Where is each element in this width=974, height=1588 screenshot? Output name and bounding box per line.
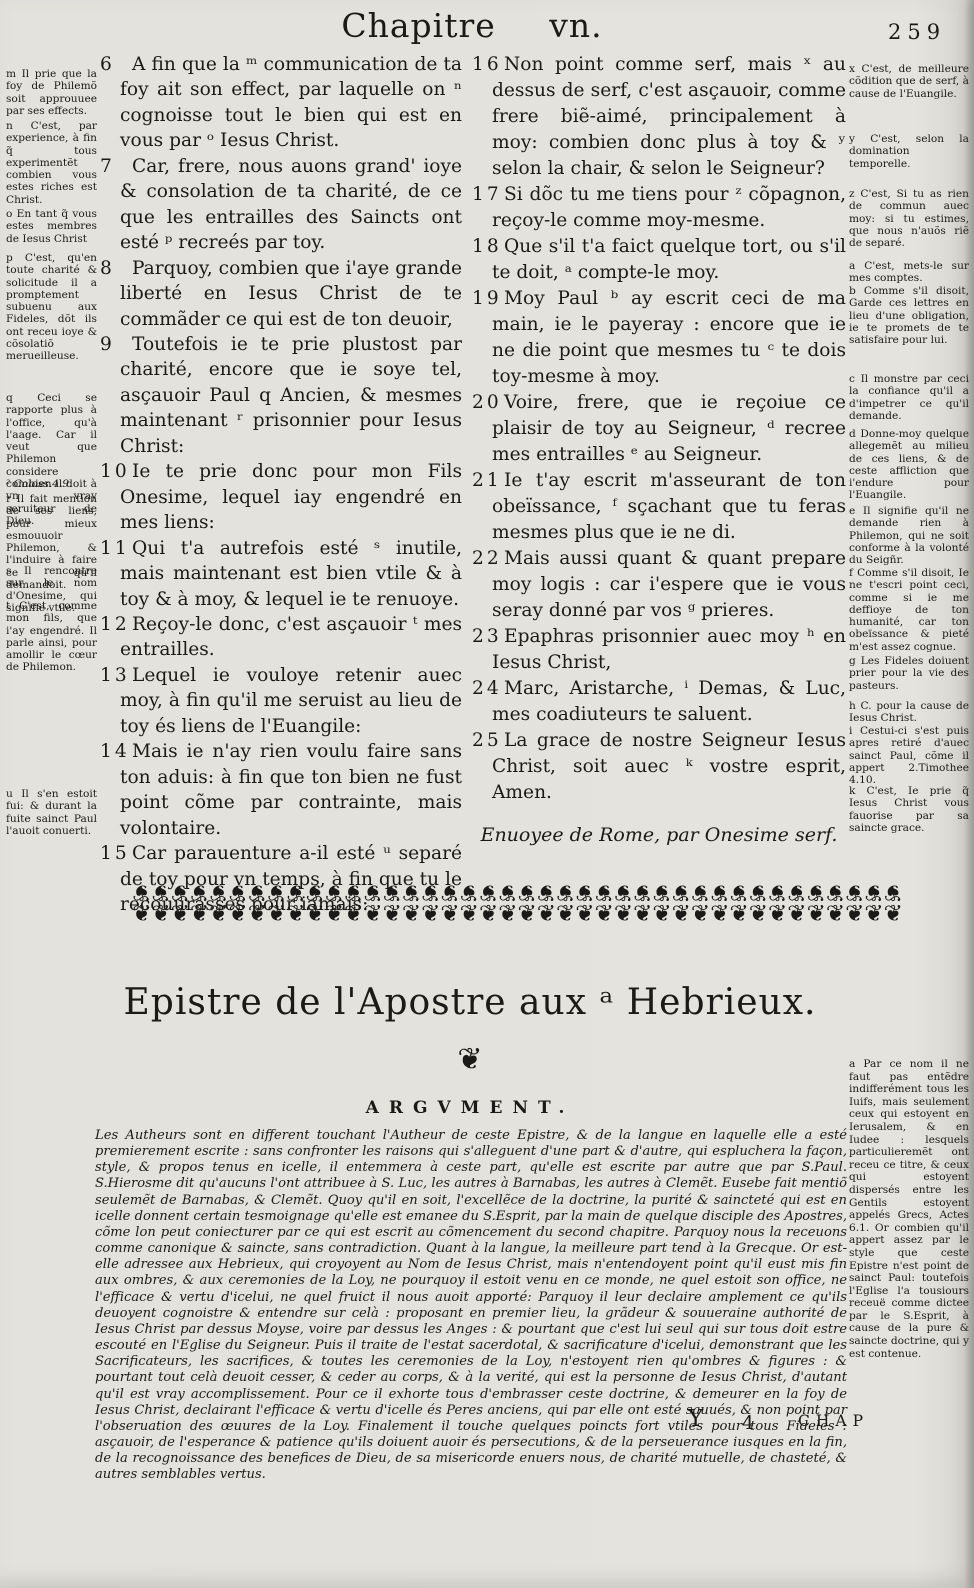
- verse-text: Voire, frere, que ie reçoiue ce plaisir …: [492, 392, 846, 465]
- verse-number: 19: [472, 286, 504, 312]
- verse-text: Si dõc tu me tiens pour ᶻ cõpagnon, reço…: [492, 184, 846, 231]
- margin-note: e Il signifie qu'il ne demande rien à Ph…: [849, 505, 969, 566]
- verse-number: 16: [472, 52, 504, 78]
- verse: 13Lequel ie vouloye retenir auec moy, à …: [100, 663, 462, 739]
- argument-heading: ARGVMENT.: [95, 1098, 845, 1118]
- verse-text: A fin que la ᵐ communication de ta foy a…: [120, 54, 462, 151]
- verse-text: Moy Paul ᵇ ay escrit ceci de ma main, ie…: [492, 288, 846, 387]
- verse: 21Ie t'ay escrit m'asseurant de ton obeï…: [472, 468, 846, 546]
- verse-text: Ie te prie donc pour mon Fils Onesime, l…: [120, 461, 462, 533]
- quire-signature-number: 4: [742, 1412, 754, 1434]
- verse: 6A fin que la ᵐ communication de ta foy …: [100, 52, 462, 154]
- verse-text: Reçoy-le donc, c'est asçauoir ᵗ mes entr…: [120, 614, 462, 660]
- left-margin-notes: m Il prie que la foy de Philemõ soit app…: [6, 60, 97, 860]
- aldine-leaf-icon: ❦: [95, 1042, 845, 1077]
- ornament-band: ❦❦❦❦❦❦❦❦❦❦❦❦❦❦❦❦❦❦❦❦❦❦❦❦❦❦❦❦❦❦❦❦❦❦❦❦❦❦❦❦…: [95, 880, 940, 930]
- margin-note: b Comme s'il disoit, Garde ces lettres e…: [849, 285, 969, 346]
- verse-number: 21: [472, 468, 504, 494]
- verse-text: La grace de nostre Seigneur Iesus Christ…: [492, 730, 846, 803]
- verse: 9Toutefois ie te prie plustost par chari…: [100, 332, 462, 459]
- verse-number: 6: [100, 52, 132, 77]
- verse-number: 14: [100, 739, 132, 764]
- scanned-book-page: Chapitre vn. 259 m Il prie que la foy de…: [0, 0, 974, 1588]
- verse-text: Marc, Aristarche, ⁱ Demas, & Luc, mes co…: [492, 678, 846, 725]
- verse: 20Voire, frere, que ie reçoiue ce plaisi…: [472, 390, 846, 468]
- verse: 22Mais aussi quant & quant prepare moy l…: [472, 546, 846, 624]
- verse-number: 20: [472, 390, 504, 416]
- verse: 19Moy Paul ᵇ ay escrit ceci de ma main, …: [472, 286, 846, 390]
- margin-note: t C'est, comme mon fils, que i'ay engend…: [6, 600, 97, 674]
- margin-note: m Il prie que la foy de Philemõ soit app…: [6, 68, 97, 117]
- epistle-colophon: Enuoyee de Rome, par Onesime serf.: [472, 822, 846, 848]
- catchword: CHAP: [798, 1412, 869, 1430]
- verse-number: 23: [472, 624, 504, 650]
- hebrews-margin-note: a Par ce nom il ne faut pas entẽdre indi…: [849, 1058, 969, 1360]
- verse-text: Parquoy, combien que i'aye grande libert…: [120, 258, 462, 330]
- fleuron-row-icon: ❦❦❦❦❦❦❦❦❦❦❦❦❦❦❦❦❦❦❦❦❦❦❦❦❦❦❦❦❦❦❦❦❦❦❦❦❦❦❦❦: [95, 903, 940, 926]
- verse-number: 9: [100, 332, 132, 357]
- margin-note: n C'est, par experience, à fin q̃ tous e…: [6, 120, 97, 206]
- margin-note: z C'est, Si tu as rien de commun auec mo…: [849, 188, 969, 249]
- verse: 11Qui t'a autrefois esté ˢ inutile, mais…: [100, 536, 462, 612]
- margin-note: u Il s'en estoit fui: & durant la fuite …: [6, 788, 97, 837]
- quire-signature-letter: Y: [688, 1406, 703, 1432]
- text-column-right: 16Non point comme serf, mais ˣ au dessus…: [472, 52, 846, 867]
- verse-text: Qui t'a autrefois esté ˢ inutile, mais m…: [120, 538, 462, 610]
- hebrews-epistle-title: Epistre de l'Apostre aux ᵃ Hebrieux.: [95, 982, 845, 1023]
- verse-number: 8: [100, 256, 132, 281]
- verse: 23Epaphras prisonnier auec moy ʰ en Iesu…: [472, 624, 846, 676]
- right-margin-notes: x C'est, de meilleure cõdition que de se…: [849, 55, 969, 855]
- text-column-left: 6A fin que la ᵐ communication de ta foy …: [100, 52, 462, 917]
- verse: 16Non point comme serf, mais ˣ au dessus…: [472, 52, 846, 182]
- fleuron-row-icon: ❦❦❦❦❦❦❦❦❦❦❦❦❦❦❦❦❦❦❦❦❦❦❦❦❦❦❦❦❦❦❦❦❦❦❦❦❦❦❦❦: [95, 880, 940, 903]
- argument-paragraph: Les Autheurs sont en different touchant …: [95, 1128, 847, 1483]
- verse-text: Mais ie n'ay rien voulu faire sans ton a…: [120, 741, 462, 838]
- verse-number: 11: [100, 536, 132, 561]
- verse-number: 13: [100, 663, 132, 688]
- margin-note: g Les Fideles doiuent prier pour la vie …: [849, 655, 969, 692]
- verse-text: Car, frere, nous auons grand' ioye & con…: [120, 156, 462, 253]
- verse-text: Epaphras prisonnier auec moy ʰ en Iesus …: [492, 626, 846, 673]
- verse-number: 24: [472, 676, 504, 702]
- verse-number: 25: [472, 728, 504, 754]
- margin-note: p C'est, qu'en toute charité & solicitud…: [6, 252, 97, 363]
- verse-text: Non point comme serf, mais ˣ au dessus d…: [492, 54, 846, 179]
- verse: 8Parquoy, combien que i'aye grande liber…: [100, 256, 462, 332]
- verse-text: Lequel ie vouloye retenir auec moy, à fi…: [120, 665, 462, 737]
- verse-number: 12: [100, 612, 132, 637]
- verse-number: 22: [472, 546, 504, 572]
- margin-note: o En tant q̃ vous estes membres de Iesus…: [6, 208, 97, 245]
- margin-note: a C'est, mets-le sur mes comptes.: [849, 260, 969, 285]
- margin-note: y C'est, selon la domination temporelle.: [849, 133, 969, 170]
- verse: 14Mais ie n'ay rien voulu faire sans ton…: [100, 739, 462, 841]
- verse: 7Car, frere, nous auons grand' ioye & co…: [100, 154, 462, 256]
- verse-number: 15: [100, 841, 132, 866]
- verse-text: Ie t'ay escrit m'asseurant de ton obeïss…: [492, 470, 846, 543]
- verse-number: 17: [472, 182, 504, 208]
- margin-note: k C'est, Ie prie q̃ Iesus Christ vous fa…: [849, 785, 969, 834]
- verse: 18Que s'il t'a faict quelque tort, ou s'…: [472, 234, 846, 286]
- margin-note: h C. pour la cause de Iesus Christ.: [849, 700, 969, 725]
- verse-number: 7: [100, 154, 132, 179]
- verse-number: 18: [472, 234, 504, 260]
- margin-note-crossref: ² Coloss.4.9.: [6, 478, 97, 490]
- margin-note: d Donne-moy quelque allegemẽt au milieu …: [849, 428, 969, 502]
- chapter-heading: Chapitre vn.: [100, 6, 844, 45]
- verse: 10Ie te prie donc pour mon Fils Onesime,…: [100, 459, 462, 535]
- verse-text: Que s'il t'a faict quelque tort, ou s'il…: [492, 236, 846, 283]
- margin-note: i Cestui-ci s'est puis apres retiré d'au…: [849, 725, 969, 786]
- margin-note: x C'est, de meilleure cõdition que de se…: [849, 63, 969, 100]
- verse: 12Reçoy-le donc, c'est asçauoir ᵗ mes en…: [100, 612, 462, 663]
- verse-number: 10: [100, 459, 132, 484]
- margin-note: f Comme s'il disoit, Ie ne t'escri point…: [849, 567, 969, 653]
- verse: 17Si dõc tu me tiens pour ᶻ cõpagnon, re…: [472, 182, 846, 234]
- verse-text: Mais aussi quant & quant prepare moy log…: [492, 548, 846, 621]
- page-number: 259: [888, 20, 946, 44]
- verse: 25La grace de nostre Seigneur Iesus Chri…: [472, 728, 846, 806]
- verse-text: Toutefois ie te prie plustost par charit…: [120, 334, 462, 457]
- margin-note: c Il monstre par ceci la confiance qu'il…: [849, 373, 969, 422]
- verse: 24Marc, Aristarche, ⁱ Demas, & Luc, mes …: [472, 676, 846, 728]
